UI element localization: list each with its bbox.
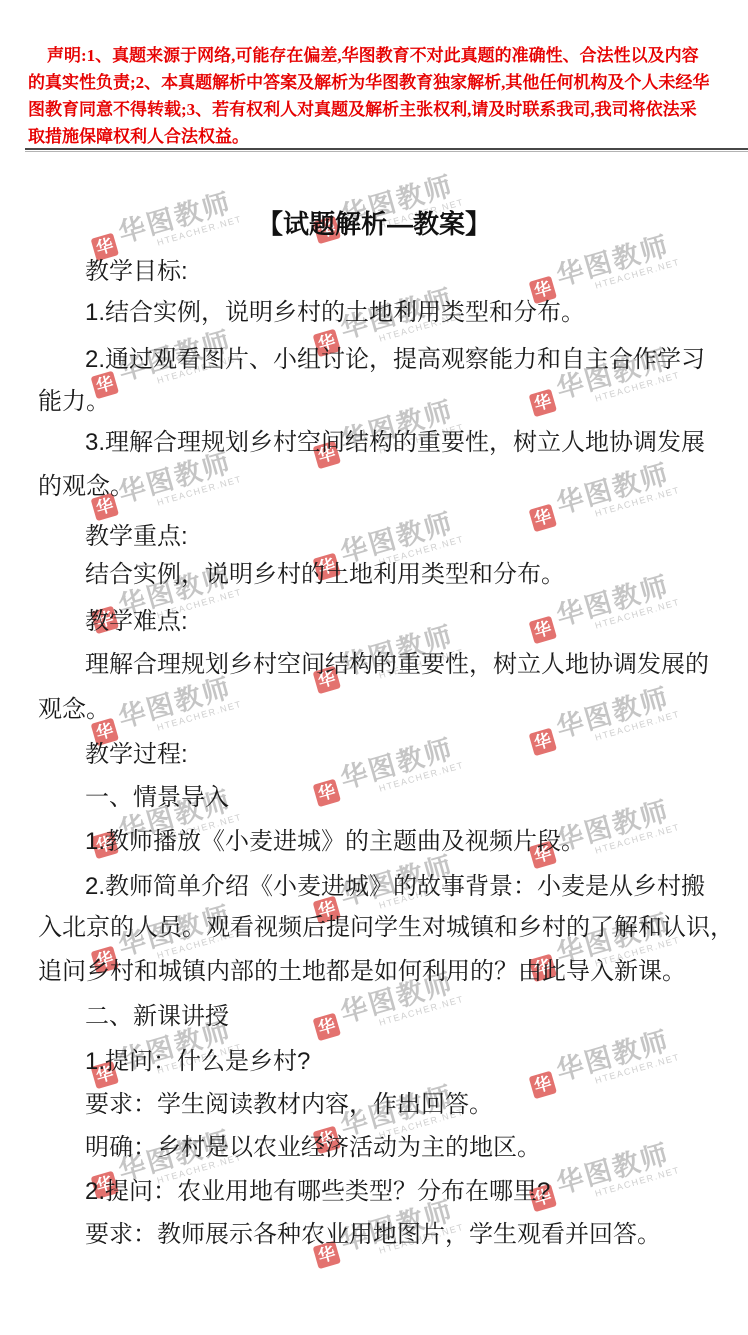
watermark-text: 华图教师 — [553, 458, 678, 519]
huatu-watermark: 华 华图教师 HTEACHER.NET — [310, 733, 466, 811]
body-line: 入北京的人员。观看视频后提问学生对城镇和乡村的了解和认识， — [38, 916, 734, 940]
watermark-subtext: HTEACHER.NET — [594, 597, 681, 631]
watermark-text: 华图教师 — [115, 672, 240, 733]
body-line: 能力。 — [38, 390, 110, 414]
watermark-text: 华图教师 — [337, 733, 462, 794]
watermark-subtext: HTEACHER.NET — [378, 760, 465, 794]
huatu-logo-icon: 华 — [529, 616, 557, 644]
watermark-text-block: 华图教师 HTEACHER.NET — [337, 733, 465, 803]
body-line: 明确：乡村是以农业经济活动为主的地区。 — [85, 1136, 541, 1160]
watermark-text: 华图教师 — [553, 570, 678, 631]
huatu-logo-icon: 华 — [313, 779, 341, 807]
watermark-subtext: HTEACHER.NET — [594, 709, 681, 743]
disclaimer-line: 的真实性负责;2、本真题解析中答案及解析为华图教育独家解析,其他任何机构及个人未… — [28, 69, 728, 96]
watermark-subtext: HTEACHER.NET — [594, 1165, 681, 1199]
body-line: 1.教师播放《小麦进城》的主题曲及视频片段。 — [85, 830, 585, 854]
watermark-subtext: HTEACHER.NET — [594, 370, 681, 404]
watermark-subtext: HTEACHER.NET — [594, 1052, 681, 1086]
huatu-watermark: 华 华图教师 HTEACHER.NET — [526, 682, 682, 760]
huatu-watermark: 华 华图教师 HTEACHER.NET — [526, 1025, 682, 1103]
watermark-text: 华图教师 — [553, 1025, 678, 1086]
body-line: 一、情景导入 — [85, 786, 229, 810]
watermark-subtext: HTEACHER.NET — [378, 994, 465, 1028]
watermark-subtext: HTEACHER.NET — [594, 257, 681, 291]
body-line: 的观念。 — [38, 475, 134, 499]
body-line: 2.提问：农业用地有哪些类型？分布在哪里? — [85, 1180, 550, 1204]
body-line: 2.通过观看图片、小组讨论，提高观察能力和自主合作学习 — [85, 348, 705, 372]
huatu-logo-icon: 华 — [529, 728, 557, 756]
body-line: 要求：教师展示各种农业用地图片，学生观看并回答。 — [85, 1223, 661, 1247]
huatu-logo-icon: 华 — [529, 504, 557, 532]
watermark-subtext: HTEACHER.NET — [156, 699, 243, 733]
huatu-watermark: 华 华图教师 HTEACHER.NET — [526, 230, 682, 308]
watermark-text: 华图教师 — [553, 682, 678, 743]
body-line: 2.教师简单介绍《小麦进城》的故事背景：小麦是从乡村搬 — [85, 875, 705, 899]
disclaimer-line: 取措施保障权利人合法权益。 — [28, 123, 728, 150]
disclaimer: 声明:1、真题来源于网络,可能存在偏差,华图教育不对此真题的准确性、合法性以及内… — [28, 42, 728, 150]
disclaimer-line: 图教育同意不得转载;3、若有权利人对真题及解析主张权利,请及时联系我司,我司将依… — [28, 96, 728, 123]
watermark-text-block: 华图教师 HTEACHER.NET — [553, 570, 681, 640]
watermark-text-block: 华图教师 HTEACHER.NET — [553, 682, 681, 752]
disclaimer-label: 声明: — [47, 46, 87, 65]
body-line: 教学重点: — [85, 525, 188, 549]
header-divider-top — [25, 148, 748, 150]
watermark-text: 华图教师 — [337, 507, 462, 568]
watermark-text-block: 华图教师 HTEACHER.NET — [553, 458, 681, 528]
huatu-logo-icon: 华 — [529, 389, 557, 417]
header-divider — [25, 148, 748, 152]
body-line: 教学难点: — [85, 610, 188, 634]
body-line: 1.提问：什么是乡村? — [85, 1050, 310, 1074]
body-line: 1.结合实例，说明乡村的土地利用类型和分布。 — [85, 301, 585, 325]
body-line: 3.理解合理规划乡村空间结构的重要性，树立人地协调发展 — [85, 431, 705, 455]
header-divider-bottom — [25, 151, 748, 152]
huatu-logo-icon: 华 — [313, 1013, 341, 1041]
watermark-subtext: HTEACHER.NET — [594, 485, 681, 519]
body-line: 观念。 — [38, 698, 110, 722]
watermark-text-block: 华图教师 HTEACHER.NET — [115, 447, 243, 517]
disclaimer-line: 声明:1、真题来源于网络,可能存在偏差,华图教育不对此真题的准确性、合法性以及内… — [28, 42, 728, 69]
body-line: 要求：学生阅读教材内容，作出回答。 — [85, 1093, 493, 1117]
body-line: 教学目标: — [85, 260, 188, 284]
document-page: 华 华图教师 HTEACHER.NET 华 华图教师 HTEACHER.NET … — [0, 0, 748, 1335]
huatu-logo-icon: 华 — [529, 1071, 557, 1099]
watermark-text-block: 华图教师 HTEACHER.NET — [553, 1025, 681, 1095]
body-line: 教学过程: — [85, 743, 188, 767]
disclaimer-line-text: 1、真题来源于网络,可能存在偏差,华图教育不对此真题的准确性、合法性以及内容 — [87, 46, 699, 65]
huatu-watermark: 华 华图教师 HTEACHER.NET — [88, 672, 244, 750]
watermark-text-block: 华图教师 HTEACHER.NET — [553, 1138, 681, 1208]
watermark-text: 华图教师 — [553, 1138, 678, 1199]
watermark-subtext: HTEACHER.NET — [594, 822, 681, 856]
body-line: 结合实例，说明乡村的土地利用类型和分布。 — [85, 563, 565, 587]
page-title: 【试题解析—教案】 — [0, 204, 748, 241]
huatu-watermark: 华 华图教师 HTEACHER.NET — [526, 458, 682, 536]
watermark-subtext: HTEACHER.NET — [156, 474, 243, 508]
body-line: 追问乡村和城镇内部的土地都是如何利用的？由此导入新课。 — [38, 960, 686, 984]
watermark-text-block: 华图教师 HTEACHER.NET — [115, 672, 243, 742]
body-line: 二、新课讲授 — [85, 1005, 229, 1029]
body-line: 理解合理规划乡村空间结构的重要性，树立人地协调发展的 — [85, 653, 709, 677]
